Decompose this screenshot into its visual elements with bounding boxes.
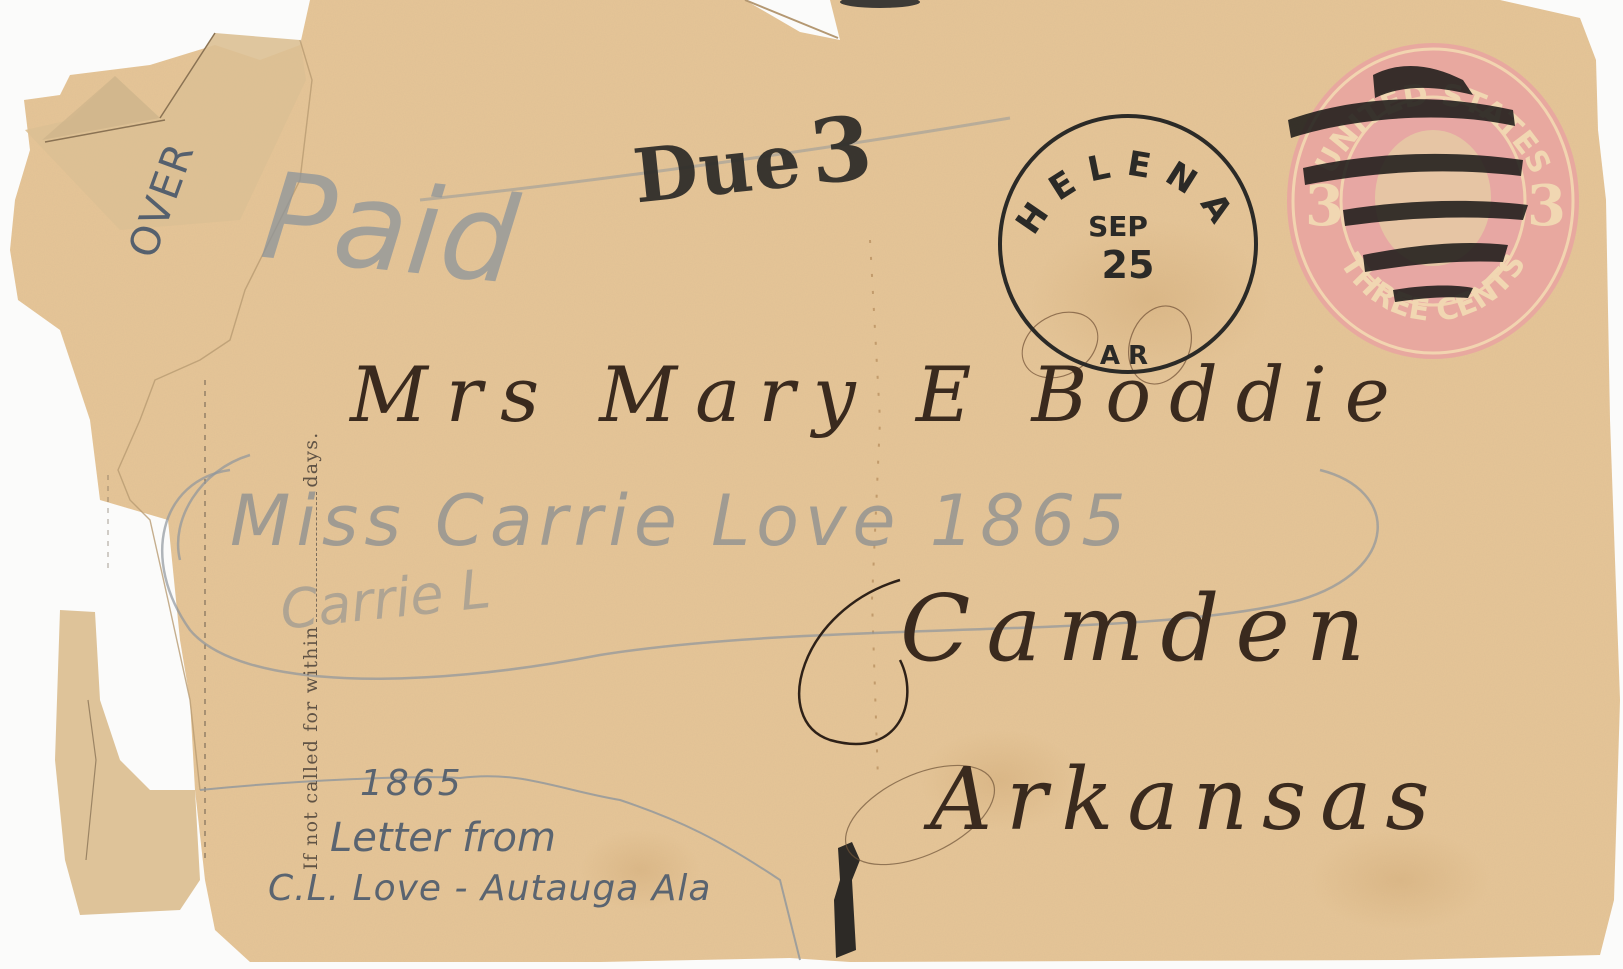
svg-text:SEP: SEP (1088, 210, 1148, 243)
pencil-paid-note: Paid (255, 147, 524, 312)
helena-postmark: HELENA SEP 25 AR (990, 106, 1266, 382)
address-recipient: Mrs Mary E Boddie (350, 350, 1408, 439)
due-label: Due (630, 117, 806, 220)
pencil-sender-note: C.L. Love - Autauga Ala (268, 868, 711, 909)
due-amount: 3 (805, 95, 878, 205)
address-city: Camden (900, 575, 1381, 682)
svg-text:25: 25 (1102, 243, 1155, 287)
envelope-scan: UNITED STATES THREE CENTS 3 3 HELENA SEP… (0, 0, 1623, 969)
svg-text:3: 3 (1527, 173, 1566, 239)
embossed-three-cent-stamp: UNITED STATES THREE CENTS 3 3 (1283, 40, 1583, 362)
pencil-year-note: 1865 (360, 763, 464, 804)
pencil-letter-from-note: Letter from (330, 815, 556, 861)
address-state: Arkansas (930, 750, 1444, 850)
pencil-docket-note: Miss Carrie Love 1865 (230, 480, 1132, 562)
